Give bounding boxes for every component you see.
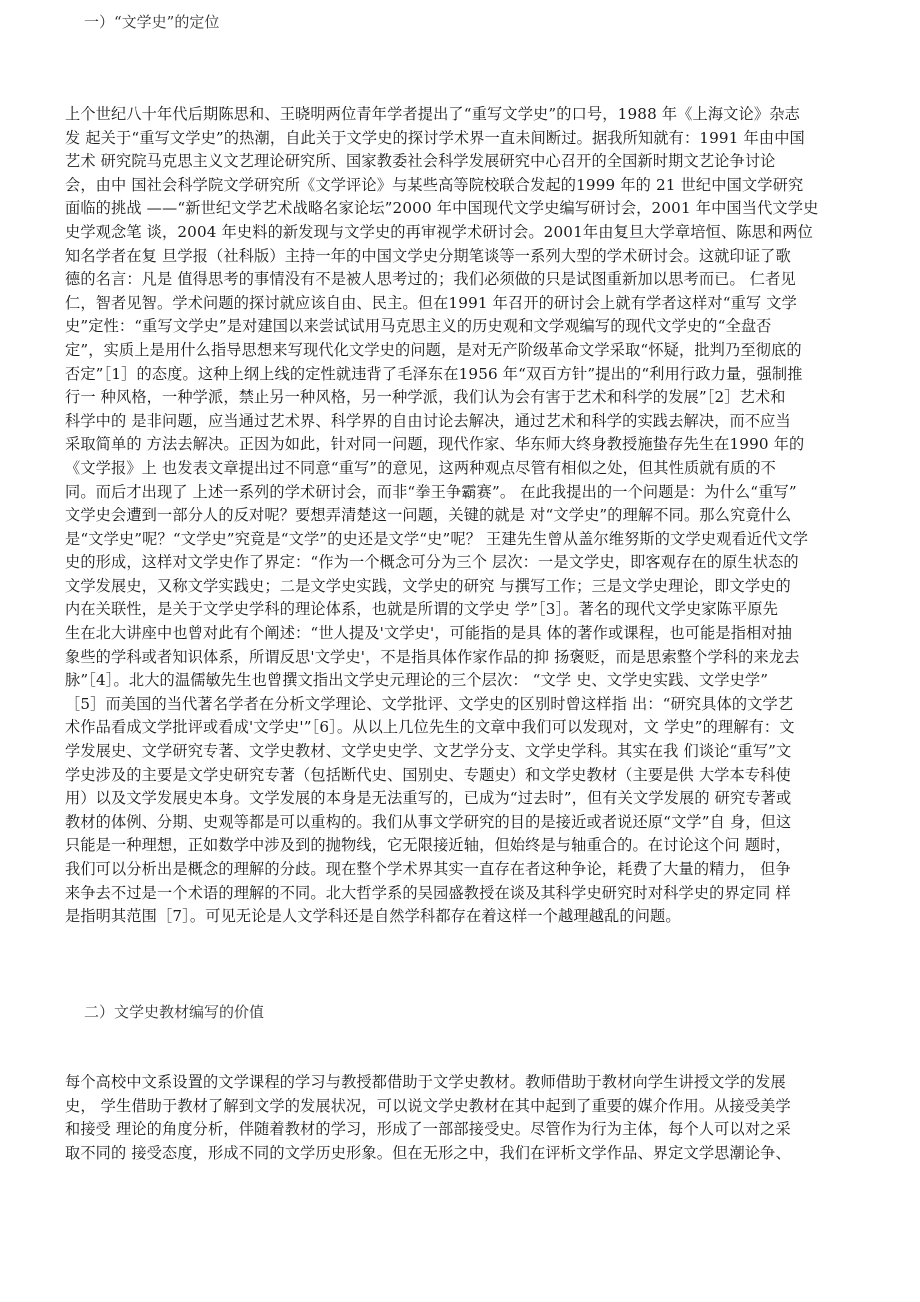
text-line: 行一 种风格，一种学派，禁止另一种风格，另一种学派，我们认为会有害于艺术和科学的… (65, 386, 865, 410)
text-line: 术作品看成文学批评或看成'文学史'”［6］。从以上几位先生的文章中我们可以发现对… (65, 716, 865, 740)
text-line: 只能是一种理想，正如数学中涉及到的抛物线，它无限接近轴，但始终是与轴重合的。在讨… (65, 834, 865, 858)
text-line: 我们可以分析出是概念的理解的分歧。现在整个学术界其实一直存在者这种争论，耗费了大… (65, 858, 865, 882)
text-line: 面临的挑战 ——“新世纪文学艺术战略名家论坛”2000 年中国现代文学史编写研讨… (65, 197, 865, 221)
text-line: 史”定性：“重写文学史”是对建国以来尝试试用马克思主义的历史观和文学观编写的现代… (65, 315, 865, 339)
text-line: 来争去不过是一个术语的理解的不同。北大哲学系的吴园盛教授在谈及其科学史研究时对科… (65, 882, 865, 906)
text-line: 采取简单的 方法去解决。正因为如此，针对同一问题，现代作家、华东师大终身教授施蛰… (65, 433, 865, 457)
text-line: 教材的体例、分期、史观等都是可以重构的。我们从事文学研究的目的是接近或者说还原“… (65, 811, 865, 835)
text-line: 生在北大讲座中也曾对此有个阐述：“世人提及'文学史'，可能指的是具 体的著作或课… (65, 622, 865, 646)
section-heading-1: 一）“文学史”的定位 (84, 12, 219, 32)
text-line: 和接受 理论的角度分析，伴随着教材的学习，形成了一部部接受史。尽管作为行为主体，… (65, 1118, 865, 1142)
text-line: 内在关联性，是关于文学史学科的理论体系，也就是所谓的文学史 学”［3］。著名的现… (65, 598, 865, 622)
section-heading-2: 二）文学史教材编写的价值 (84, 1002, 264, 1022)
text-line: 是指明其范围［7］。可见无论是人文学科还是自然学科都存在着这样一个越理越乱的问题… (65, 905, 865, 929)
text-line: 知名学者在复 旦学报（社科版）主持一年的中国文学史分期笔谈等一系列大型的学术研讨… (65, 245, 865, 269)
document-page: 一）“文学史”的定位 上个世纪八十年代后期陈思和、王晓明两位青年学者提出了“重写… (0, 0, 920, 1302)
text-line: 同。而后才出现了 上述一系列的学术研讨会，而非“拳王争霸赛”。 在此我提出的一个… (65, 481, 865, 505)
text-line: 史， 学生借助于教材了解到文学的发展状况，可以说文学史教材在其中起到了重要的媒介… (65, 1095, 865, 1119)
text-line: 取不同的 接受态度，形成不同的文学历史形象。但在无形之中，我们在评析文学作品、界… (65, 1142, 865, 1166)
text-line: 史的形成，这样对文学史作了界定：“作为一个概念可分为三个 层次：一是文学史，即客… (65, 551, 865, 575)
text-line: 《文学报》上 也发表文章提出过不同意“重写”的意见，这两种观点尽管有相似之处，但… (65, 457, 865, 481)
text-line: 会，由中 国社会科学院文学研究所《文学评论》与某些高等院校联合发起的1999 年… (65, 174, 865, 198)
text-line: 学发展史、文学研究专著、文学史教材、文学史史学、文艺学分支、文学史学科。其实在我… (65, 740, 865, 764)
text-line: 上个世纪八十年代后期陈思和、王晓明两位青年学者提出了“重写文学史”的口号，198… (65, 103, 865, 127)
text-line: 发 起关于“重写文学史”的热潮，自此关于文学史的探讨学术界一直未间断过。据我所知… (65, 127, 865, 151)
text-line: 否定”［1］的态度。这种上纲上线的定性就违背了毛泽东在1956 年“双百方针”提… (65, 363, 865, 387)
text-line: 学史涉及的主要是文学史研究专著（包括断代史、国别史、专题史）和文学史教材（主要是… (65, 764, 865, 788)
text-line: 是“文学史”呢？“文学史”究竟是“文学”的史还是文学“史”呢？ 王建先生曾从盖尔… (65, 528, 865, 552)
section-2-paragraph: 每个高校中文系设置的文学课程的学习与教授都借助于文学史教材。教师借助于教材向学生… (65, 1071, 865, 1165)
text-line: 每个高校中文系设置的文学课程的学习与教授都借助于文学史教材。教师借助于教材向学生… (65, 1071, 865, 1095)
text-line: 象些的学科或者知识体系，所谓反思'文学史'，不是指具体作家作品的抑 扬褒贬，而是… (65, 646, 865, 670)
text-line: 文学史会遭到一部分人的反对呢？要想弄清楚这一问题，关键的就是 对“文学史”的理解… (65, 504, 865, 528)
text-line: ［5］而美国的当代著名学者在分析文学理论、文学批评、文学史的区别时曾这样指 出：… (65, 693, 865, 717)
text-line: 仁，智者见智。学术问题的探讨就应该自由、民主。但在1991 年召开的研讨会上就有… (65, 292, 865, 316)
text-line: 史学观念笔 谈，2004 年史料的新发现与文学史的再审视学术研讨会。2001年由… (65, 221, 865, 245)
text-line: 定”，实质上是用什么指导思想来写现代化文学史的问题，是对无产阶级革命文学采取“怀… (65, 339, 865, 363)
text-line: 脉”［4］。北大的温儒敏先生也曾撰文指出文学史元理论的三个层次： “文学 史、文… (65, 669, 865, 693)
text-line: 用）以及文学发展史本身。文学发展的本身是无法重写的，已成为“过去时”，但有关文学… (65, 787, 865, 811)
text-line: 文学发展史，又称文学实践史；二是文学史实践，文学史的研究 与撰写工作；三是文学史… (65, 575, 865, 599)
text-line: 德的名言：凡是 值得思考的事情没有不是被人思考过的；我们必须做的只是试图重新加以… (65, 268, 865, 292)
text-line: 科学中的 是非问题，应当通过艺术界、科学界的自由讨论去解决，通过艺术和科学的实践… (65, 410, 865, 434)
text-line: 艺术 研究院马克思主义文艺理论研究所、国家教委社会科学发展研究中心召开的全国新时… (65, 150, 865, 174)
section-1-paragraph: 上个世纪八十年代后期陈思和、王晓明两位青年学者提出了“重写文学史”的口号，198… (65, 103, 865, 929)
